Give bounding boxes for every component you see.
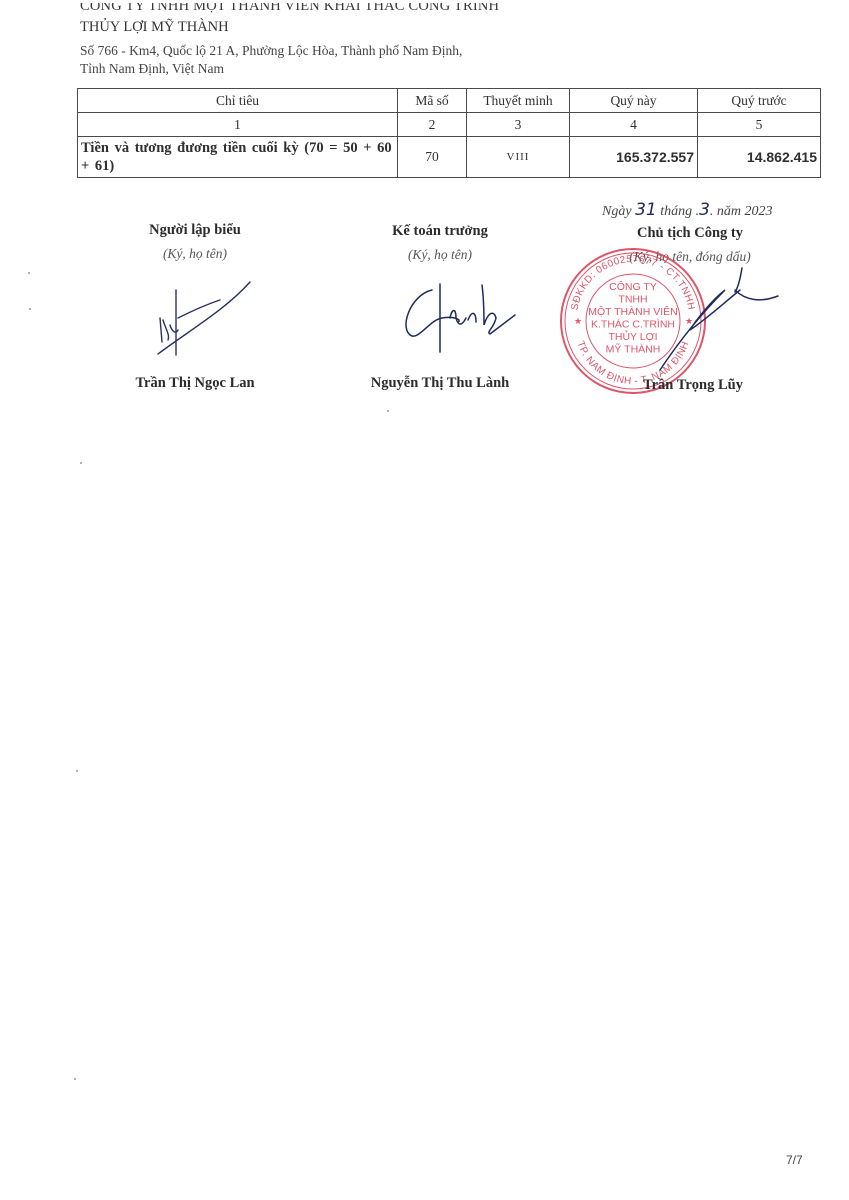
signatory-name-chairman: Trần Trọng Lũy (618, 377, 768, 394)
stamp-center-line: MỸ THÀNH (606, 343, 661, 356)
stamp-center-line: THỦY LỢI (608, 330, 657, 343)
signature-preparer (158, 282, 250, 355)
scan-speck (80, 462, 82, 464)
scan-speck (74, 1078, 76, 1080)
stamp-center-text: CÔNG TYTNHHMỘT THÀNH VIÊNK.THÁC C.TRÌNHT… (588, 280, 677, 356)
scan-speck (29, 308, 31, 310)
stamp-center-line: MỘT THÀNH VIÊN (588, 305, 677, 318)
stamp-center-line: CÔNG TY (609, 280, 657, 293)
scan-speck (76, 770, 78, 772)
scan-speck (28, 272, 30, 274)
scan-speck (387, 410, 389, 412)
signatures-and-stamp-layer: SĐKKD: 0600257677 - CT.TNHH TP. NAM ĐỊNH… (0, 0, 849, 1200)
stamp-center-line: TNHH (618, 294, 647, 306)
stamp-star-left: ★ (574, 317, 582, 327)
signature-chief-accountant (406, 284, 515, 352)
stamp-center-line: K.THÁC C.TRÌNH (591, 318, 675, 331)
stamp-star-right: ★ (685, 317, 693, 327)
page-number: 7/7 (786, 1153, 803, 1167)
company-stamp: SĐKKD: 0600257677 - CT.TNHH TP. NAM ĐỊNH… (561, 249, 705, 393)
